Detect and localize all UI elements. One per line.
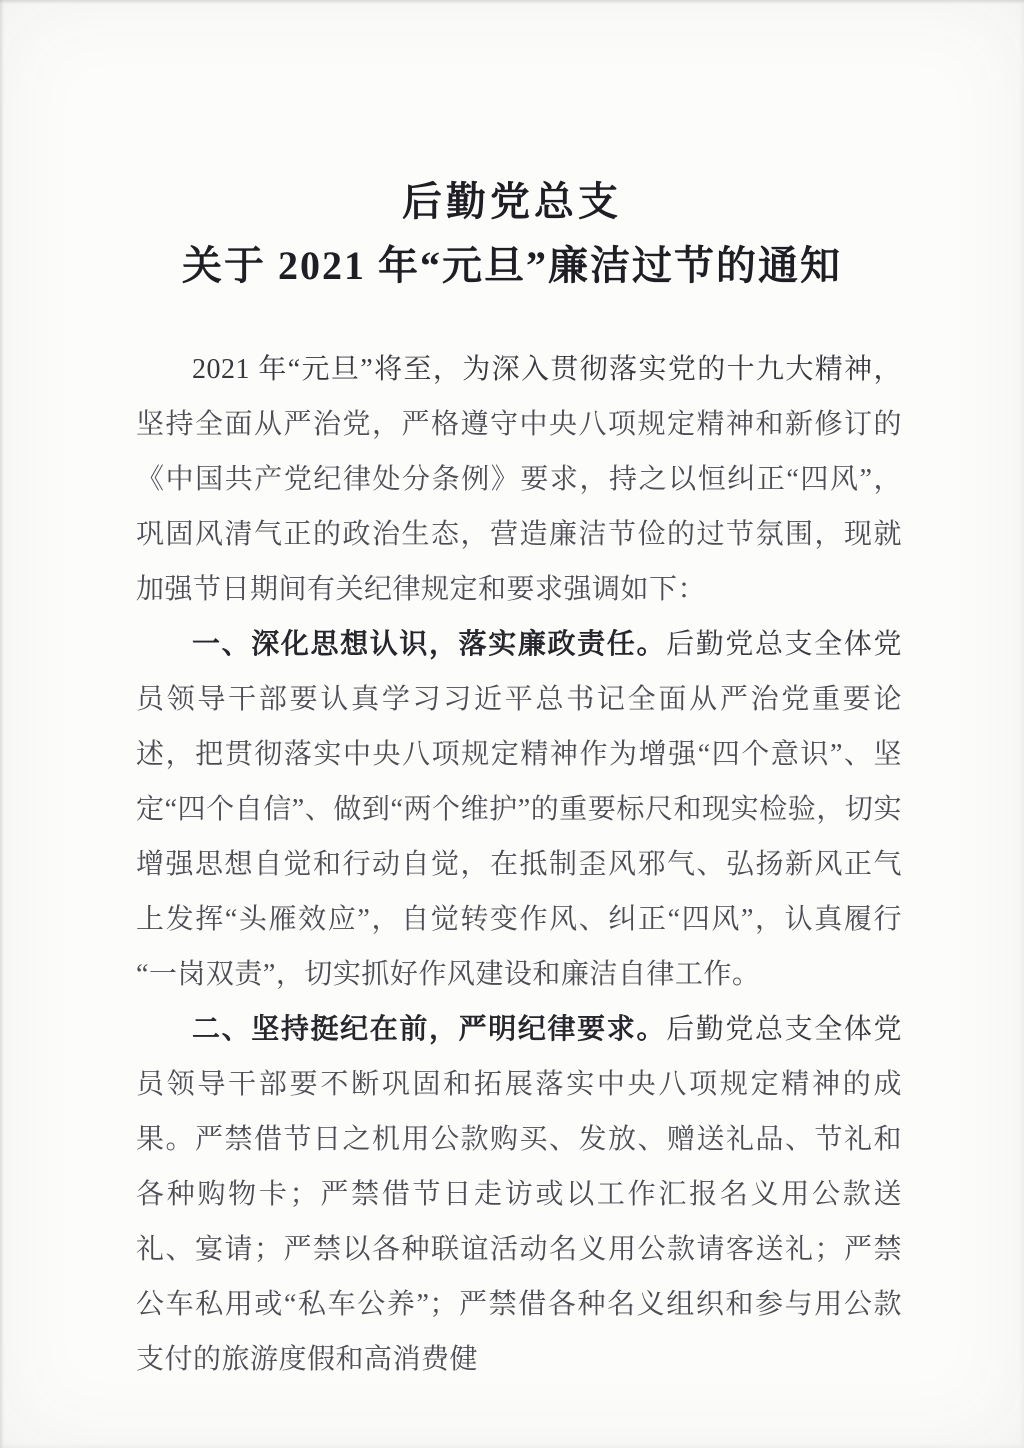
paragraph-section-1: 一、深化思想认识，落实廉政责任。后勤党总支全体党员领导干部要认真学习习近平总书记… bbox=[136, 617, 902, 1002]
paragraph-section-1-heading: 一、深化思想认识，落实廉政责任。 bbox=[192, 629, 666, 660]
paragraph-section-2-heading: 二、坚持挺纪在前，严明纪律要求。 bbox=[192, 1014, 666, 1045]
paragraph-intro: 2021 年“元旦”将至，为深入贯彻落实党的十九大精神，坚持全面从严治党，严格遵… bbox=[136, 342, 902, 617]
document-title-subject: 关于 2021 年“元旦”廉洁过节的通知 bbox=[0, 234, 1024, 298]
paragraph-section-1-text: 后勤党总支全体党员领导干部要认真学习习近平总书记全面从严治党重要论述，把贯彻落实… bbox=[136, 629, 902, 990]
document-title-org: 后勤党总支 bbox=[0, 170, 1024, 234]
paragraph-intro-text: 2021 年“元旦”将至，为深入贯彻落实党的十九大精神，坚持全面从严治党，严格遵… bbox=[136, 354, 902, 605]
scanned-document-page: 后勤党总支 关于 2021 年“元旦”廉洁过节的通知 2021 年“元旦”将至，… bbox=[0, 0, 1024, 1448]
scan-edge-artifact-top bbox=[0, 0, 1024, 4]
paragraph-section-2: 二、坚持挺纪在前，严明纪律要求。后勤党总支全体党员领导干部要不断巩固和拓展落实中… bbox=[136, 1002, 902, 1387]
paragraph-section-2-text: 后勤党总支全体党员领导干部要不断巩固和拓展落实中央八项规定精神的成果。严禁借节日… bbox=[136, 1014, 902, 1375]
document-body: 2021 年“元旦”将至，为深入贯彻落实党的十九大精神，坚持全面从严治党，严格遵… bbox=[136, 342, 902, 1387]
scan-edge-artifact-left bbox=[0, 0, 4, 1448]
document-title-block: 后勤党总支 关于 2021 年“元旦”廉洁过节的通知 bbox=[0, 0, 1024, 298]
